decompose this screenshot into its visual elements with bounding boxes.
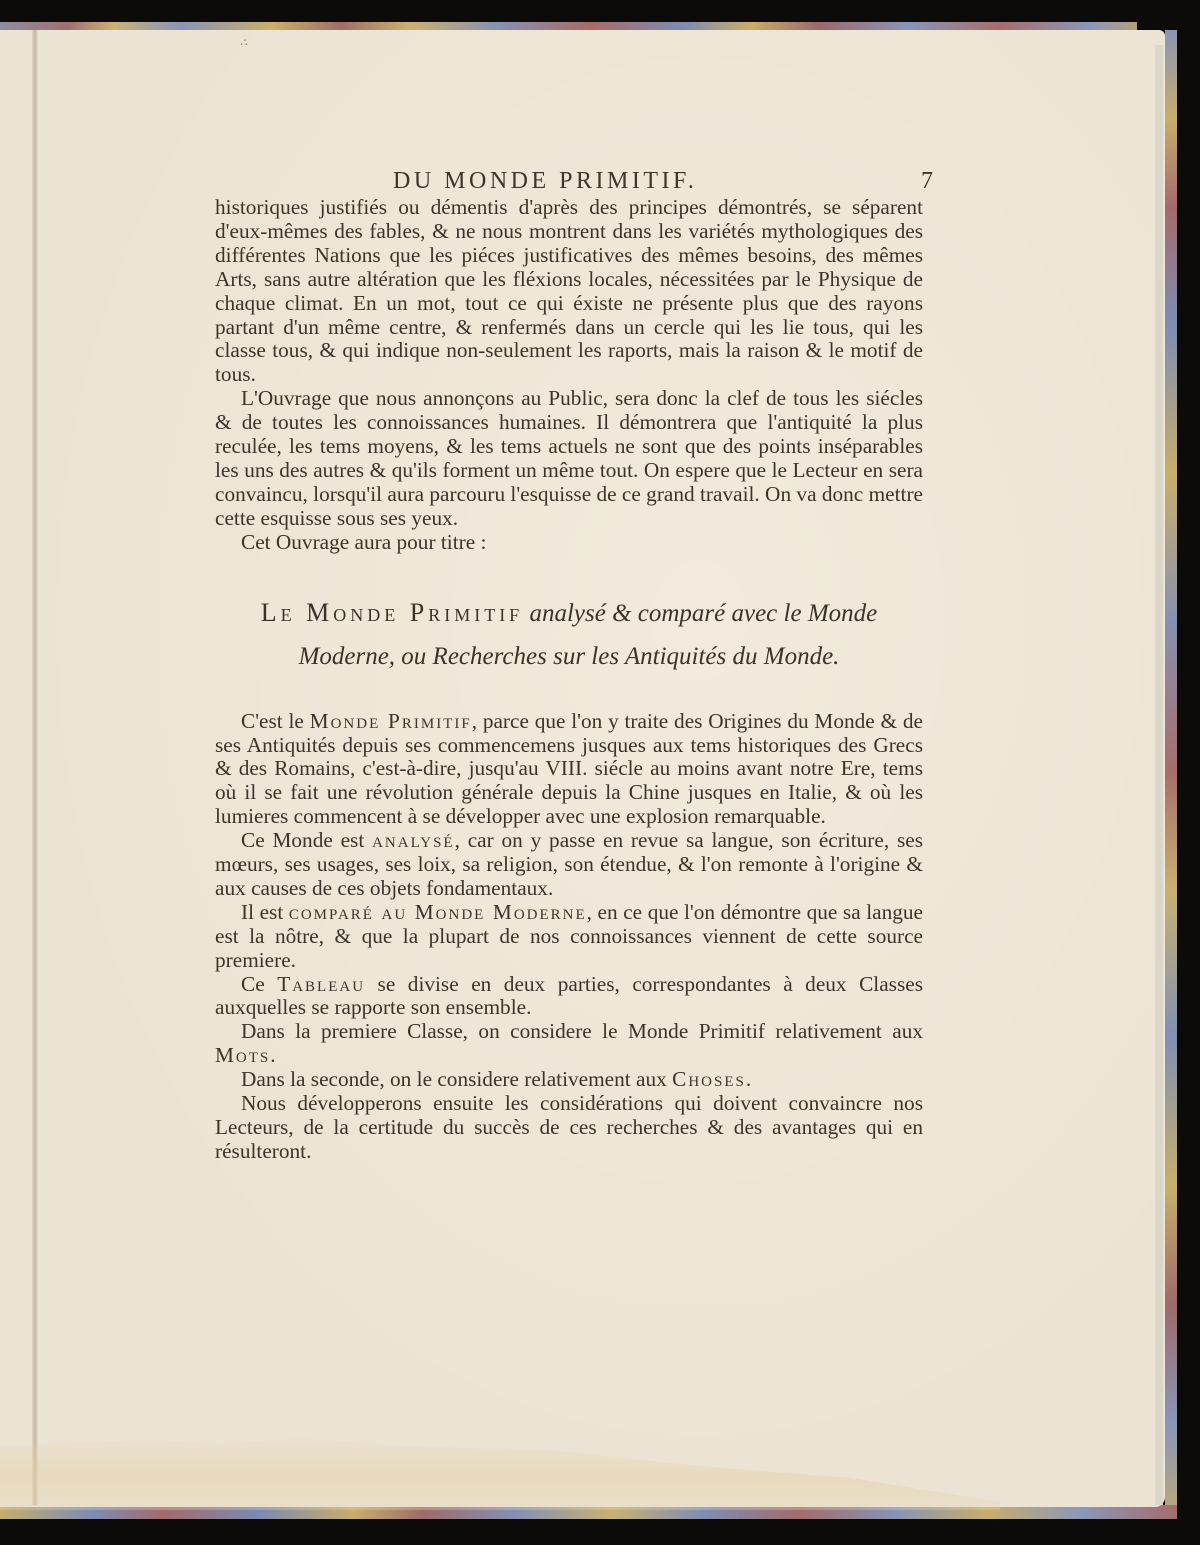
text-run: C'est le: [241, 709, 304, 733]
page-number: 7: [921, 168, 933, 195]
paragraph-titre-intro: Cet Ouvrage aura pour titre :: [215, 531, 923, 555]
paragraph-continuation: historiques justifiés ou démentis d'aprè…: [215, 196, 923, 387]
running-head-title: DU MONDE PRIMITIF.: [393, 168, 697, 195]
ink-mark: ∴: [240, 36, 247, 49]
page-fore-edge: [1155, 45, 1163, 1505]
marbled-board-right-edge: [1165, 30, 1177, 1513]
paragraph-compare: Il est comparé au Monde Moderne, en ce q…: [215, 901, 923, 973]
small-caps-run: Monde Primitif: [310, 709, 472, 733]
text-run: .: [270, 1043, 275, 1067]
work-title-italic-2: Moderne, ou Recherches sur les Antiquité…: [215, 635, 923, 678]
paragraph-seconde-classe: Dans la seconde, on le considere relativ…: [215, 1068, 923, 1092]
text-run: Ce: [241, 972, 265, 996]
work-title-line-1: Le Monde Primitif analysé & comparé avec…: [215, 591, 923, 635]
small-caps-run: Tableau: [277, 972, 365, 996]
work-title-italic-1: analysé & comparé avec le Monde: [529, 600, 877, 627]
paragraph-monde-primitif: C'est le Monde Primitif, parce que l'on …: [215, 710, 923, 830]
text-run: Il est: [241, 900, 283, 924]
small-caps-run: Choses: [672, 1067, 746, 1091]
paragraph-analyse: Ce Monde est analysé, car on y passe en …: [215, 829, 923, 901]
paragraph-premiere-classe: Dans la premiere Classe, on considere le…: [215, 1020, 923, 1068]
small-caps-run: Mots: [215, 1043, 270, 1067]
text-run: Ce Monde est: [241, 828, 364, 852]
paragraph-ouvrage: L'Ouvrage que nous annonçons au Public, …: [215, 387, 923, 530]
small-caps-run: analysé: [372, 828, 455, 852]
text-run: Dans la seconde, on le considere relativ…: [241, 1067, 667, 1091]
page-text-block: DU MONDE PRIMITIF. 7 historiques justifi…: [215, 168, 923, 1164]
text-run: .: [746, 1067, 751, 1091]
paragraph-conclusion: Nous développerons ensuite les considéra…: [215, 1092, 923, 1164]
running-head: DU MONDE PRIMITIF. 7: [215, 168, 923, 196]
work-title-caps: Le Monde Primitif: [261, 598, 523, 627]
paragraph-tableau: Ce Tableau se divise en deux parties, co…: [215, 973, 923, 1021]
text-run: Dans la premiere Classe, on considere le…: [241, 1019, 923, 1043]
small-caps-run: comparé au Monde Moderne: [289, 900, 587, 924]
work-title: Le Monde Primitif analysé & comparé avec…: [215, 591, 923, 678]
page-gutter-fold: [32, 30, 38, 1505]
